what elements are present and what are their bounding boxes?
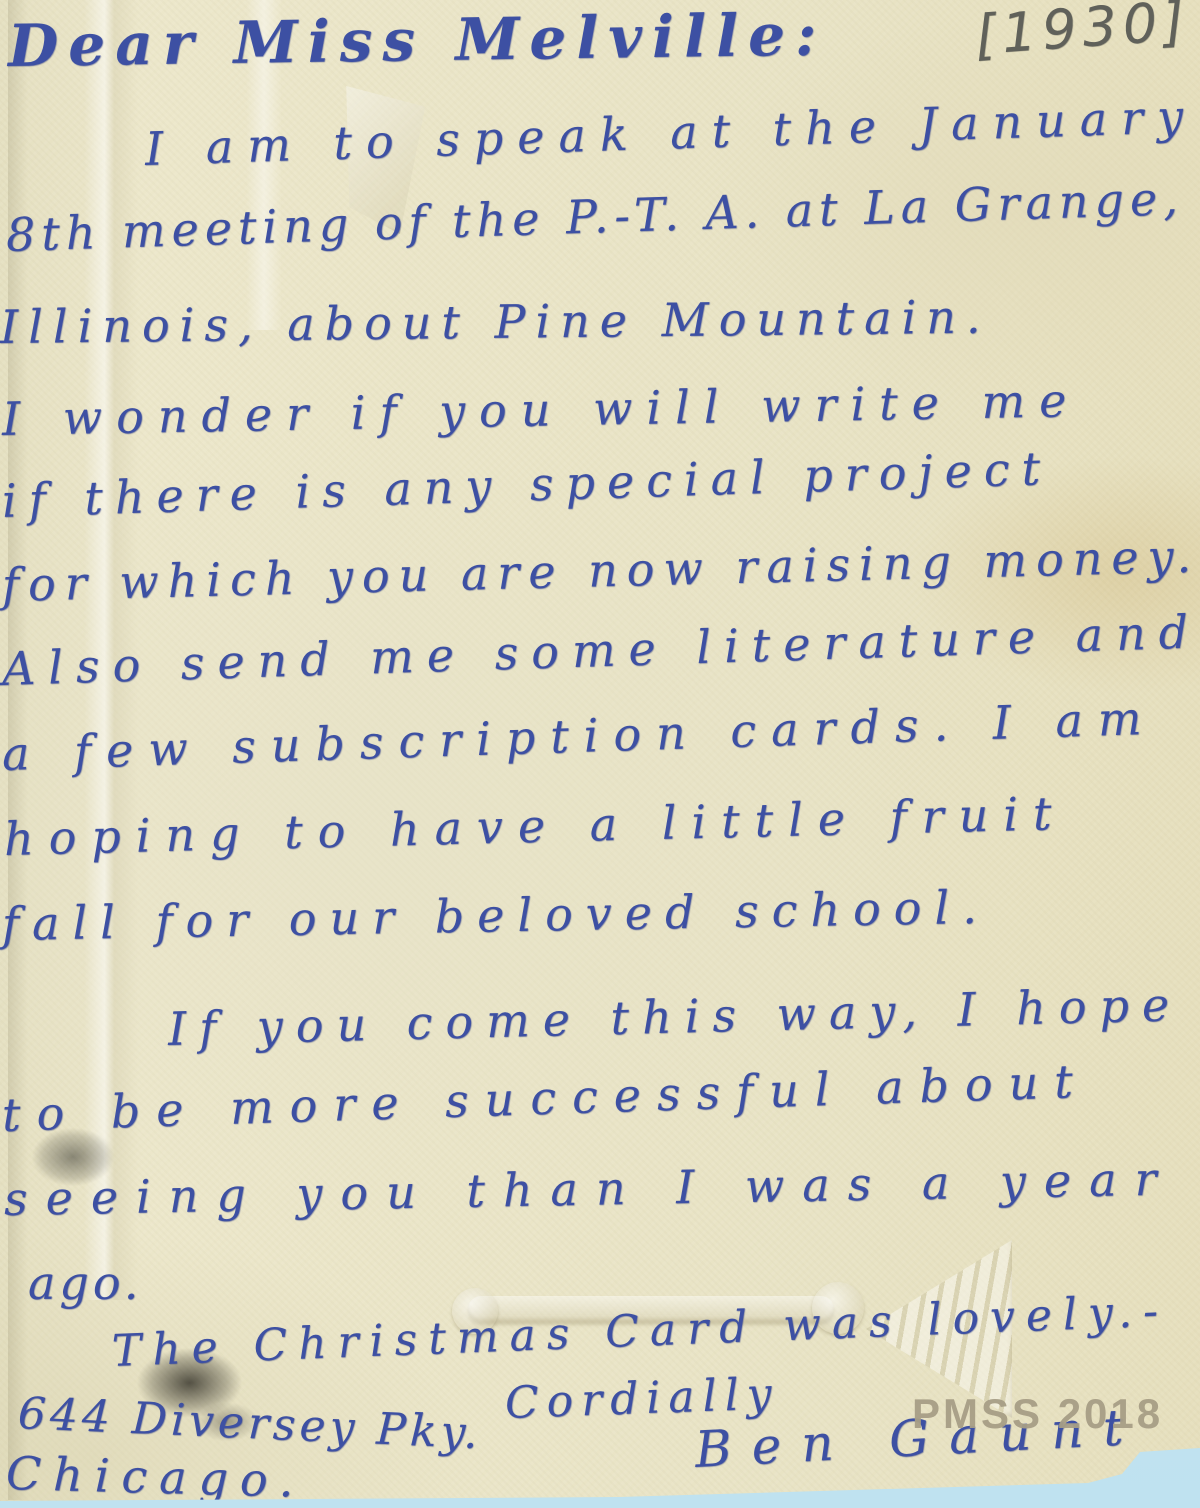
letter-line: if there is any special project: [1, 441, 1053, 529]
letter-line: 8th meeting of the P.-T. A. at La Grange…: [5, 171, 1184, 263]
letter-line: a few subscription cards. I am: [1, 691, 1157, 782]
letter-line: ago.: [28, 1256, 142, 1311]
address-line: Chicago.: [5, 1446, 306, 1508]
letter-line: If you come this way, I hope: [167, 977, 1182, 1057]
letter-line: Also send me some literature and: [1, 604, 1200, 697]
letter-line: Illinois, about Pine Mountain.: [0, 290, 991, 356]
letter-paper: [1930] Dear Miss Melville: I am to speak…: [0, 0, 1200, 1502]
watermark: PMSS 2018: [912, 1390, 1163, 1438]
scanner-background: [1930] Dear Miss Melville: I am to speak…: [0, 0, 1200, 1508]
letter-line: I am to speak at the January: [144, 89, 1198, 177]
letter-line: hoping to have a little fruit: [3, 786, 1067, 867]
pencil-year-annotation: [1930]: [973, 0, 1192, 67]
salutation: Dear Miss Melville:: [8, 1, 827, 82]
letter-line: for which you are now raising money.: [1, 529, 1200, 613]
letter-line: I wonder if you will write me: [2, 373, 1081, 447]
letter-line: to be more successful about: [1, 1054, 1089, 1143]
letter-line: seeing you than I was a year: [4, 1152, 1175, 1228]
letter-line: fall for our beloved school.: [2, 880, 991, 952]
